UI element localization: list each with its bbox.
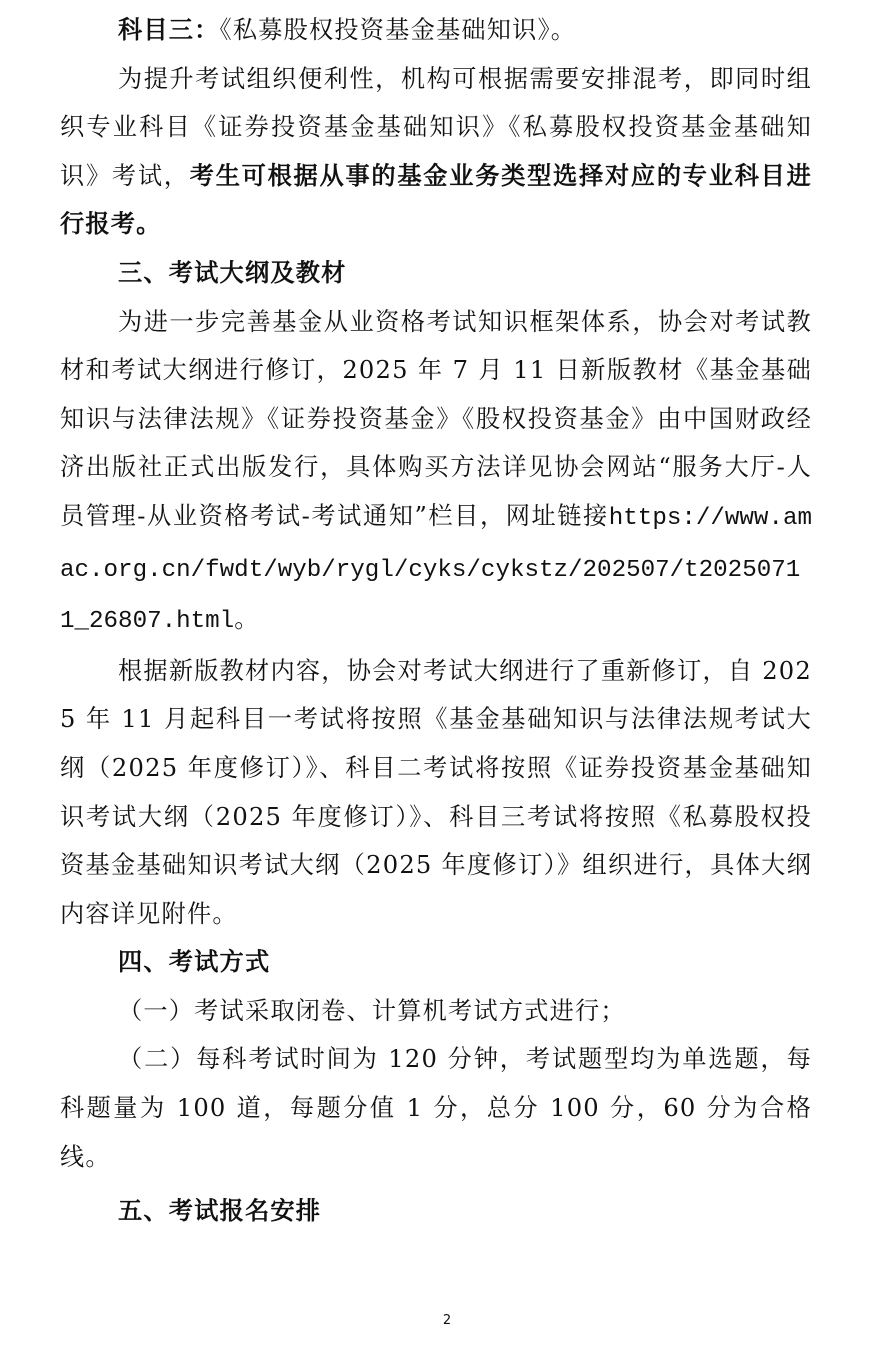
section3-heading: 三、考试大纲及教材 [60,249,812,298]
subject3-title: 《私募股权投资基金基础知识》。 [220,16,577,44]
section4-item1: （一）考试采取闭卷、计算机考试方式进行； [60,987,812,1036]
section3-paragraph1-text: 为进一步完善基金从业资格考试知识框架体系，协会对考试教材和考试大纲进行修订，20… [60,308,812,530]
subject3-label: 科目三： [118,16,220,44]
section3-paragraph1: 为进一步完善基金从业资格考试知识框架体系，协会对考试教材和考试大纲进行修订，20… [60,298,812,647]
section3-paragraph1-end: 。 [234,605,259,633]
section3-paragraph2: 根据新版教材内容，协会对考试大纲进行了重新修订，自 2025 年 11 月起科目… [60,647,812,939]
section4-heading: 四、考试方式 [60,938,812,987]
document-page: 科目三：《私募股权投资基金基础知识》。 为提升考试组织便利性，机构可根据需要安排… [60,6,812,1236]
subject3-line: 科目三：《私募股权投资基金基础知识》。 [60,6,812,55]
section4-item2: （二）每科考试时间为 120 分钟，考试题型均为单选题，每科题量为 100 道，… [60,1035,812,1181]
mixed-exam-paragraph: 为提升考试组织便利性，机构可根据需要安排混考，即同时组织专业科目《证券投资基金基… [60,55,812,249]
section5-heading: 五、考试报名安排 [60,1187,812,1236]
page-number: 2 [0,1313,894,1328]
